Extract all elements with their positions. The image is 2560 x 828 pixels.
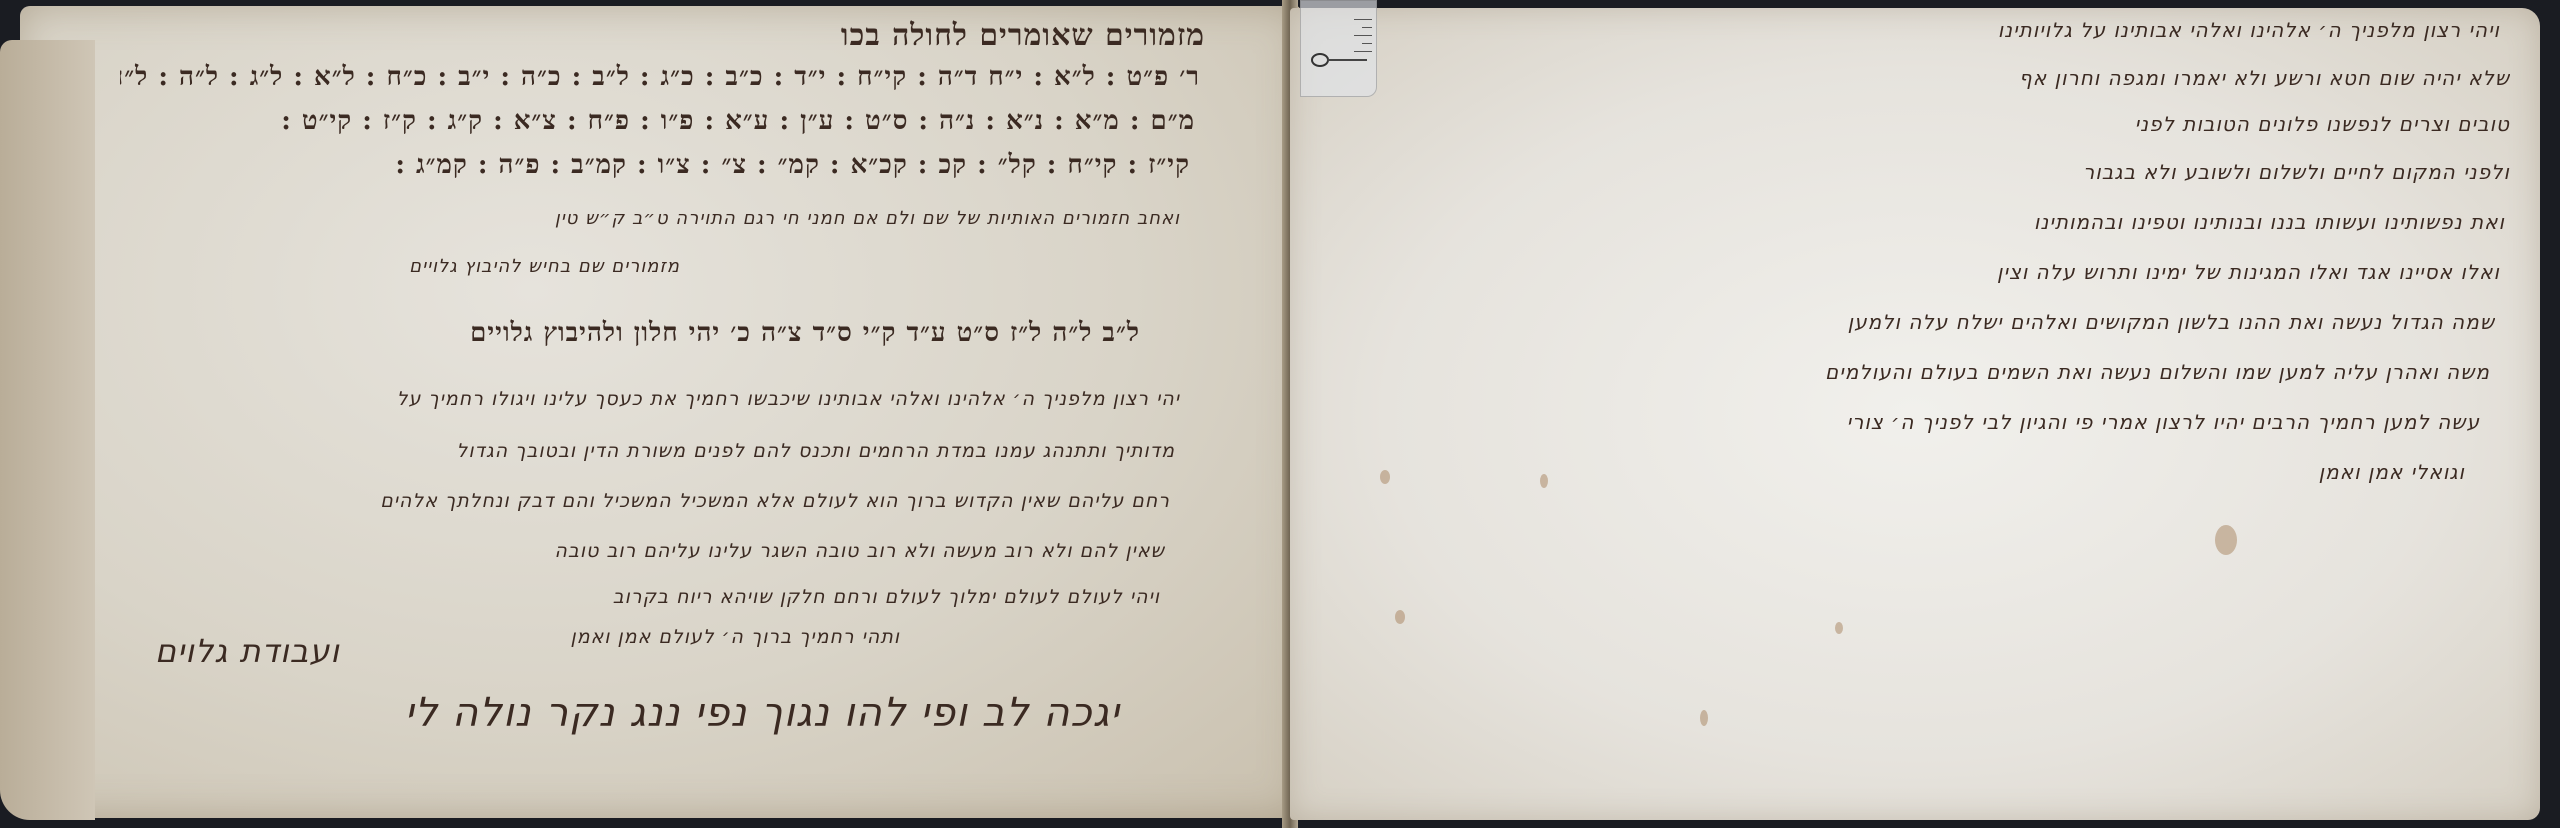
right-line-2: שלא יהיה שום חטא ורשע ולא יאמרו ומגפה וח…	[1370, 66, 2510, 90]
closing-line-2: יגכה לב ופי להו נגוך נפי ננג נקר נולה לי	[405, 690, 1120, 736]
psalm-note-line: ואחב חזמורים האותיות של שם ולם אם חמני ח…	[140, 208, 1180, 229]
prayer-line-2: מדותיך ותתנהג עמנו במדת הרחמים ותכנס להם…	[135, 440, 1175, 462]
stain	[1835, 622, 1843, 634]
right-line-8: משה ואהרן עליה למען שמו והשלום נעשה ואת …	[1380, 360, 2490, 384]
psalm-subheading: מזמורים שם בחיש להיבוץ גלויים	[409, 256, 680, 277]
stain	[1395, 610, 1405, 624]
left-page-heading: מזמורים שאומרים לחולה בכו	[841, 18, 1205, 53]
stain	[1540, 474, 1548, 488]
psalm-index-line-2: מ״ם : מ״א : נ״א : נ״ה : ס״ט : ע״ן : ע״א …	[135, 106, 1195, 136]
stain	[1700, 710, 1708, 726]
right-line-9: עשה למען רחמיך הרבים יהיו לרצון אמרי פי …	[1380, 410, 2480, 434]
right-line-10: וגואלי אמן ואמן	[2319, 460, 2465, 484]
psalm-index-line-1: ר׳ פ״ט : ל״א : י״ח ד״ה : קי״ח : י״ד : כ״…	[120, 62, 1200, 92]
stain	[1380, 470, 1390, 484]
closing-line-1: ועבודת גלוים	[155, 632, 340, 670]
measurement-ruler	[1300, 0, 1377, 97]
right-line-7: שמה הגדול נעשה ואת ההנו בלשון המקושים וא…	[1375, 310, 2495, 334]
left-page-worn-edge	[0, 40, 95, 820]
stain	[2215, 525, 2237, 555]
prayer-line-1: יהי רצון מלפניך ה׳ אלהינו ואלהי אבותינו …	[140, 388, 1180, 410]
right-line-3: טובים וצרים לנפשנו פלונים הטובות לפני	[1370, 112, 2510, 136]
psalm-list-line: ל״ב ל״ה ל״ז ס״ט ע״ד ק״י ס״ד צ״ה כ׳ יהי ח…	[470, 318, 1140, 348]
prayer-line-5: ויהי לעולם לעולם ימלוך לעולם ורחם חלקן ש…	[160, 586, 1160, 608]
right-line-5: ואת נפשותינו ועשותו בננו ובנותינו וטפינו…	[1365, 210, 2505, 234]
prayer-line-6: ותהי רחמיך ברוך ה׳ לעולם אמן ואמן	[571, 626, 900, 648]
psalm-index-line-3: קי״ז : קי״ח : קל״ : קכ : קכ״א : קמ״ : צ״…	[130, 150, 1190, 180]
prayer-line-4: שאין להם ולא רוב מעשה ולא רוב טובה השגר …	[165, 540, 1165, 562]
manuscript-spread: מזמורים שאומרים לחולה בכו ר׳ פ״ט : ל״א :…	[0, 0, 2560, 828]
right-line-4: ולפני המקום לחיים ולשלום ולשובע ולא בגבו…	[1370, 160, 2510, 184]
right-line-6: ואלו אסיינו אגד ואלו המגינות של ימינו ות…	[1370, 260, 2500, 284]
right-line-1: ויהי רצון מלפניך ה׳ אלהינו ואלהי אבותינו…	[1380, 18, 2500, 42]
prayer-line-3: רחם עליהם שאין הקדוש ברוך הוא לעולם אלא …	[130, 490, 1170, 512]
